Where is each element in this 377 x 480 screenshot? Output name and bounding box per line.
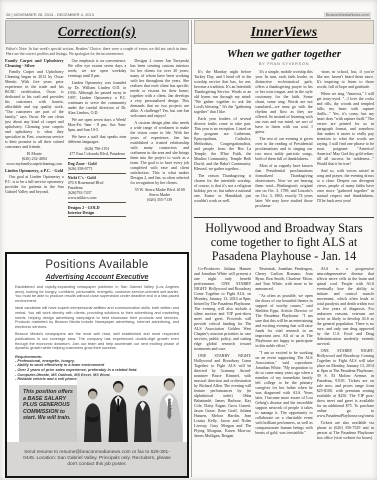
corrections-section: Correction(s) Editor's Note: In last wee…: [5, 20, 189, 478]
page-header: 26 | NOVEMBER 28, 2013 - DECEMBER 4, 201…: [6, 7, 371, 19]
business-listing: Nicki C's - Gold 470 S Rosemead Blvd Pas…: [68, 173, 127, 201]
listing-body: Family Carpet and Upholstery Cleaning be…: [5, 69, 64, 149]
business-detail: 470 S Rosemead Blvd Pasadena (626)792-74…: [68, 180, 127, 200]
als-column-2: Pasternak, Jonathan Pendragon, Cherry Ca…: [255, 266, 312, 478]
als-column-3: ALS is a progressive neurodegenerative d…: [317, 266, 374, 478]
listing-heading: Linden Optometry, a P.C. - Gold: [5, 168, 64, 173]
article-paragraph: The reason Thanksgiving is chosen for th…: [194, 173, 251, 203]
section-divider-rule: [194, 217, 374, 218]
article-paragraph: ONE STARRY NIGHT: Hollywood and Broadway…: [317, 348, 374, 418]
job-ad-title: Positions Available: [7, 259, 187, 271]
listing-contact: 55 W. Sierra Madre Blvd. #100 Sierra Mad…: [130, 187, 189, 202]
als-headline: Hollywood and Broadway Stars come togeth…: [194, 222, 374, 263]
listing-body: We have a staff that speaks nine differe…: [68, 134, 127, 144]
listing-contact: El Monte (626) 232-4004 www.myfamilycarp…: [5, 151, 64, 166]
job-ad: Positions Available Advertising Account …: [5, 252, 189, 478]
article-paragraph: It's the Monday night before Turkey Day,…: [194, 69, 251, 114]
listing-body: Our emphasis is on convenience. We offer…: [68, 58, 127, 78]
corrections-column-1: Family Carpet and Upholstery Cleaning - …: [5, 58, 64, 246]
job-ad-subtitle: Advertising Account Executive: [7, 274, 187, 281]
listing-heading: Family Carpet and Upholstery Cleaning - …: [5, 58, 64, 68]
article-paragraph: And so, with voices raised in song and p…: [317, 168, 374, 203]
als-column-1: Co-Producers Juliana Hansen and Jonathan…: [194, 266, 251, 478]
article-byline: BY FRAN SYVERSON: [194, 61, 374, 66]
article-paragraph: Most of us vaguely have known that Presi…: [255, 163, 312, 208]
corrections-banner: Correction(s): [5, 20, 189, 44]
job-ad-footer: Send resume to resume@beaconmedianews.co…: [7, 442, 187, 476]
job-ad-photo: [77, 376, 183, 444]
innerviews-columns: It's the Monday night before Turkey Day,…: [194, 69, 374, 214]
article-paragraph: Co-Producers Juliana Hansen and Jonathan…: [194, 266, 251, 351]
article-paragraph: "As often as possible, we open the doors…: [255, 293, 312, 348]
article-headline: When we gather together: [194, 48, 374, 60]
edition-date: 26 | NOVEMBER 28, 2013 - DECEMBER 4, 201…: [6, 12, 94, 17]
website-url: BeaconMediaNews.com: [324, 12, 371, 17]
job-ad-paragraph: Ideal candidate will have superb interpe…: [15, 306, 179, 329]
business-detail: (626) 358-0771: [68, 166, 127, 171]
editors-note: Editor's Note: In last week's special se…: [6, 47, 188, 56]
business-listing: Designs 2 - GOLD Interior Design: [68, 202, 127, 217]
job-ad-paragraph: Established and rapidly-expanding newspa…: [15, 285, 179, 303]
innerviews-banner: InnerViews: [194, 20, 374, 44]
innerviews-column-3: -tions in school, but, if you're like me…: [317, 69, 374, 214]
article-paragraph: ALS is a progressive neurodegenerative d…: [317, 266, 374, 346]
als-columns: Co-Producers Juliana Hansen and Jonathan…: [194, 266, 374, 478]
newspaper-page: 26 | NOVEMBER 28, 2013 - DECEMBER 4, 201…: [0, 0, 377, 480]
article-paragraph: Tickets are also available via phone at …: [317, 420, 374, 440]
article-paragraph: It's a simple, mobile worship this year.…: [255, 69, 312, 134]
article-paragraph: The rest of our evening is given over to…: [255, 136, 312, 161]
listing-body: Linden Optometry was founded by Dr. Will…: [68, 80, 127, 115]
corrections-columns: Family Carpet and Upholstery Cleaning - …: [5, 58, 189, 246]
innerviews-section: InnerViews When we gather together BY FR…: [194, 20, 374, 478]
listing-body: Designs 2 owner Jan Turzynski has been c…: [130, 58, 189, 118]
article-paragraph: ONE STARRY NIGHT: Hollywood and Broadway…: [194, 353, 251, 438]
listing-body: We are open seven days a Week! Mon-Fri: …: [68, 117, 127, 132]
corrections-title: Correction(s): [58, 24, 136, 40]
corrections-column-3: Designs 2 owner Jan Turzynski has been c…: [130, 58, 189, 246]
article-paragraph: "I am so excited to be working on an eve…: [255, 350, 312, 435]
article-paragraph: When we sing "America," I still get tear…: [317, 91, 374, 166]
listing-body: Our goal at Linden Optometry a P.C. is t…: [5, 174, 64, 194]
job-ad-paragraph: Beacon Media's newspapers are the most w…: [15, 332, 179, 350]
innerviews-title: InnerViews: [251, 24, 318, 40]
listing-contact: (626) 796-1191 477 East Colorado Blvd, P…: [68, 146, 127, 156]
article-paragraph: Each year leaders of several diverse fai…: [194, 116, 251, 171]
innerviews-column-2: It's a simple, mobile worship this year.…: [255, 69, 312, 214]
innerviews-column-1: It's the Monday night before Turkey Day,…: [194, 69, 251, 214]
article-paragraph: -tions in school, but, if you're like me…: [317, 69, 374, 89]
corrections-column-2: Our emphasis is on convenience. We offer…: [68, 58, 127, 246]
business-listing: Dog Zone - Gold (626) 358-0771: [68, 158, 127, 171]
article-paragraph: Pasternak, Jonathan Pendragon, Cherry Ca…: [255, 266, 312, 291]
business-detail: Interior Design: [68, 210, 127, 215]
column-divider: [191, 20, 192, 477]
listing-body: A custom design plan also needs a wide r…: [130, 120, 189, 185]
